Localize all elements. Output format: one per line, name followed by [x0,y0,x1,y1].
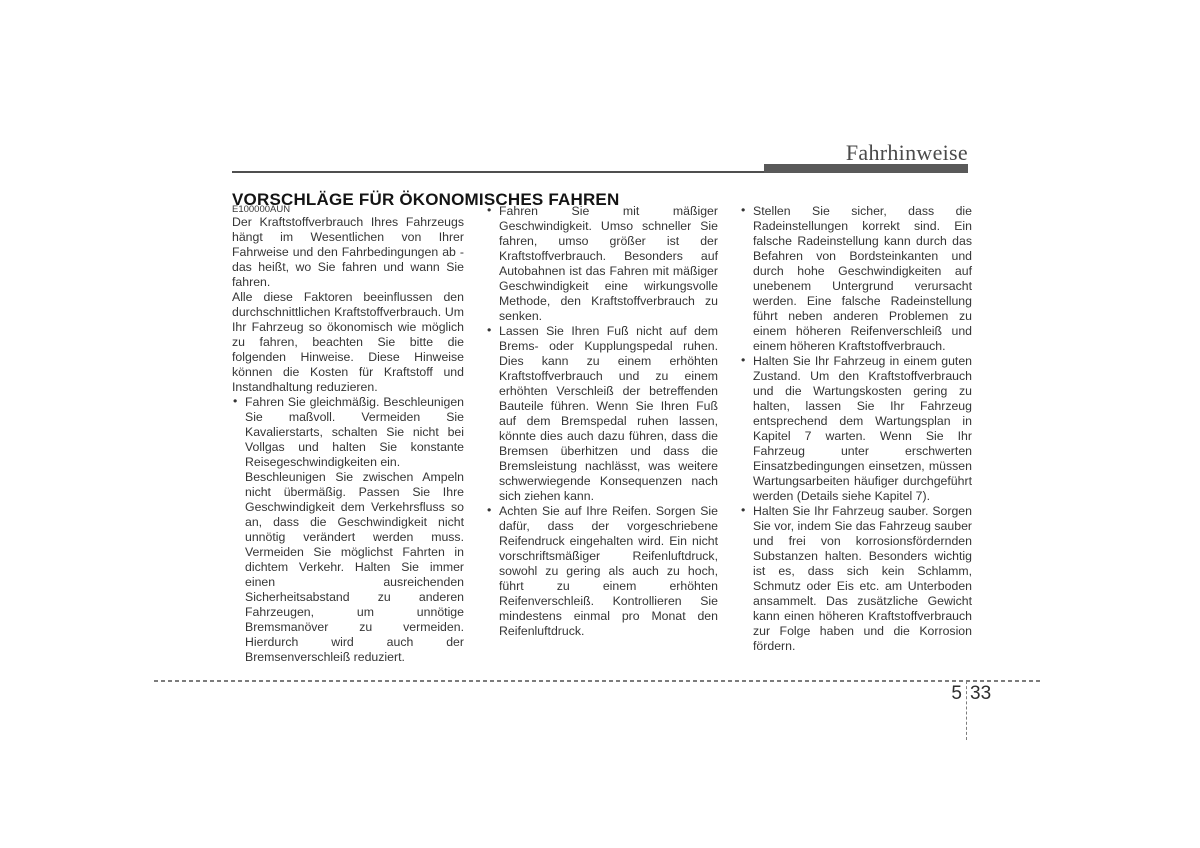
manual-page: Fahrhinweise VORSCHLÄGE FÜR ÖKONOMISCHES… [0,0,1200,848]
paragraph: Alle diese Faktoren beeinflussen den dur… [232,290,464,395]
bullet-text: Stellen Sie sicher, dass die Radeinstell… [753,204,972,354]
footer-chapter-number: 5 [938,683,962,705]
bullet-text: Fahren Sie gleichmäßig. Beschleunigen Si… [245,395,464,470]
bullet-item: • Halten Sie Ihr Fahrzeug sauber. Sorgen… [740,504,972,654]
section-code: E100000AUN [232,204,464,215]
body-column-2: • Fahren Sie mit mäßiger Geschwindigkeit… [486,204,718,665]
body-column-1: E100000AUN Der Kraftstoffverbrauch Ihres… [232,204,464,665]
header-rule-thick-bar [764,164,968,173]
bullet-item: • Stellen Sie sicher, dass die Radeinste… [740,204,972,354]
bullet-text: Halten Sie Ihr Fahrzeug sauber. Sorgen S… [753,504,972,654]
bullet-marker: • [741,353,745,368]
paragraph: Der Kraftstoffverbrauch Ihres Fahrzeugs … [232,215,464,290]
header-rule [232,164,968,173]
bullet-continuation-paragraph: Beschleunigen Sie zwischen Ampeln nicht … [232,470,464,665]
bullet-marker: • [233,394,237,409]
bullet-item: • Fahren Sie mit mäßiger Geschwindigkeit… [486,204,718,324]
body-columns: E100000AUN Der Kraftstoffverbrauch Ihres… [232,204,974,665]
bullet-marker: • [487,503,491,518]
bullet-item: • Fahren Sie gleichmäßig. Beschleunigen … [232,395,464,470]
running-header-section-title: Fahrhinweise [846,140,968,166]
bullet-marker: • [487,203,491,218]
bullet-text: Achten Sie auf Ihre Reifen. Sorgen Sie d… [499,504,718,639]
footer-page-number-divider [966,681,967,740]
footer-dashed-rule [154,680,1040,682]
bullet-text: Fahren Sie mit mäßiger Geschwindigkeit. … [499,204,718,324]
bullet-marker: • [741,203,745,218]
bullet-text: Halten Sie Ihr Fahrzeug in einem guten Z… [753,354,972,504]
bullet-item: • Achten Sie auf Ihre Reifen. Sorgen Sie… [486,504,718,639]
footer-page-number: 33 [970,683,991,705]
bullet-item: • Halten Sie Ihr Fahrzeug in einem guten… [740,354,972,504]
bullet-marker: • [741,503,745,518]
bullet-text: Lassen Sie Ihren Fuß nicht auf dem Brems… [499,324,718,504]
bullet-marker: • [487,323,491,338]
body-column-3: • Stellen Sie sicher, dass die Radeinste… [740,204,972,665]
bullet-item: • Lassen Sie Ihren Fuß nicht auf dem Bre… [486,324,718,504]
